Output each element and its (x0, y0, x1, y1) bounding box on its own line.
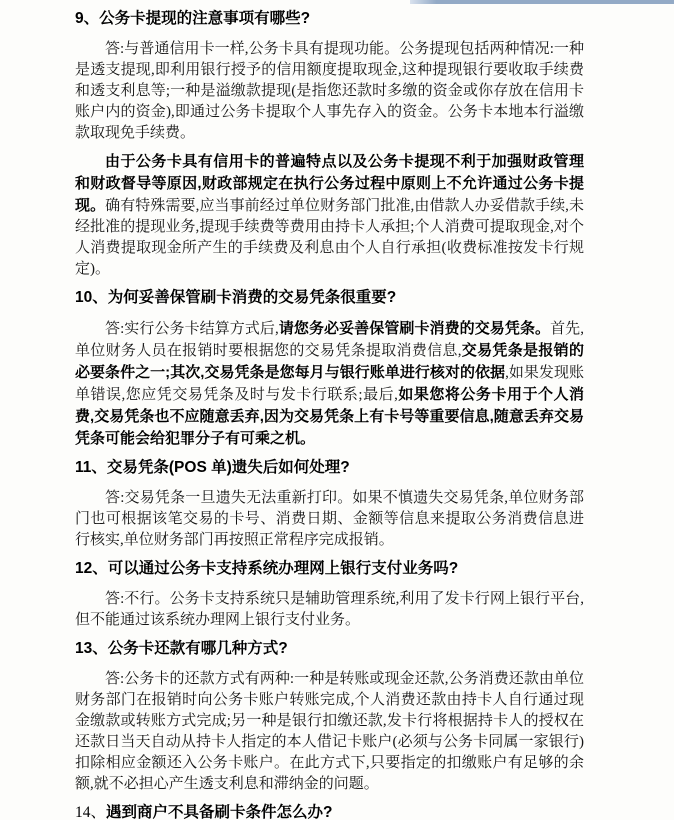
qa-section: 14、遇到商户不具备刷卡条件怎么办? (75, 802, 584, 820)
answer-paragraph: 由于公务卡具有信用卡的普遍特点以及公务卡提现不利于加强财政管理和财政督导等原因,… (75, 151, 584, 280)
text-segment: 13、公务卡还款有哪几种方式? (75, 640, 288, 657)
question-heading: 10、为何妥善保管刷卡消费的交易凭条很重要? (75, 287, 584, 308)
question-heading: 11、交易凭条(POS 单)遗失后如何处理? (75, 457, 584, 478)
text-segment: 答:公务卡的还款方式有两种:一种是转账或现金还款,公务消费还款由单位财务部门在报… (75, 671, 584, 792)
answer-paragraph: 答:与普通信用卡一样,公务卡具有提现功能。公务提现包括两种情况:一种是透支提现,… (75, 39, 584, 144)
answer-paragraph: 答:公务卡的还款方式有两种:一种是转账或现金还款,公务消费还款由单位财务部门在报… (75, 669, 584, 795)
qa-section: 11、交易凭条(POS 单)遗失后如何处理?答:交易凭条一旦遗失无法重新打印。如… (75, 457, 584, 551)
qa-section: 13、公务卡还款有哪几种方式?答:公务卡的还款方式有两种:一种是转账或现金还款,… (75, 638, 584, 795)
qa-section: 10、为何妥善保管刷卡消费的交易凭条很重要?答:实行公务卡结算方式后,请您务必妥… (75, 287, 584, 450)
text-segment: 答:实行公务卡结算方式后, (105, 321, 279, 337)
text-segment: 9、公务卡提现的注意事项有哪些? (75, 10, 310, 27)
top-accent-bar (410, 0, 674, 4)
text-segment: 请您务必妥善保管刷卡消费的交易凭条。 (279, 320, 550, 337)
text-segment: 11、交易凭条(POS 单)遗失后如何处理? (75, 459, 350, 476)
text-segment: 答:不行。公务卡支持系统只是辅助管理系统,利用了发卡行网上银行平台,但不能通过该… (75, 591, 584, 628)
question-heading: 14、遇到商户不具备刷卡条件怎么办? (75, 802, 584, 820)
text-segment: 10、为何妥善保管刷卡消费的交易凭条很重要? (75, 289, 396, 306)
text-segment: 答:交易凭条一旦遗失无法重新打印。如果不慎遗失交易凭条,单位财务部门也可根据该笔… (75, 490, 584, 548)
answer-paragraph: 答:不行。公务卡支持系统只是辅助管理系统,利用了发卡行网上银行平台,但不能通过该… (75, 589, 584, 631)
text-segment: 确有特殊需要,应当事前经过单位财务部门批准,由借款人办妥借款手续,未经批准的提现… (75, 198, 584, 277)
qa-section: 9、公务卡提现的注意事项有哪些?答:与普通信用卡一样,公务卡具有提现功能。公务提… (75, 8, 584, 280)
text-segment: 12、可以通过公务卡支持系统办理网上银行支付业务吗? (75, 560, 458, 577)
qa-section: 12、可以通过公务卡支持系统办理网上银行支付业务吗?答:不行。公务卡支持系统只是… (75, 558, 584, 631)
text-segment: 答:与普通信用卡一样,公务卡具有提现功能。公务提现包括两种情况:一种是透支提现,… (75, 41, 584, 141)
faq-document: 9、公务卡提现的注意事项有哪些?答:与普通信用卡一样,公务卡具有提现功能。公务提… (0, 0, 674, 820)
answer-paragraph: 答:交易凭条一旦遗失无法重新打印。如果不慎遗失交易凭条,单位财务部门也可根据该笔… (75, 488, 584, 551)
question-heading: 13、公务卡还款有哪几种方式? (75, 638, 584, 659)
question-heading: 9、公务卡提现的注意事项有哪些? (75, 8, 584, 29)
question-heading: 12、可以通过公务卡支持系统办理网上银行支付业务吗? (75, 558, 584, 579)
text-segment: 遇到商户不具备刷卡条件怎么办? (106, 804, 332, 820)
answer-paragraph: 答:实行公务卡结算方式后,请您务必妥善保管刷卡消费的交易凭条。首先,单位财务人员… (75, 318, 584, 450)
text-segment: 14、 (75, 804, 106, 820)
